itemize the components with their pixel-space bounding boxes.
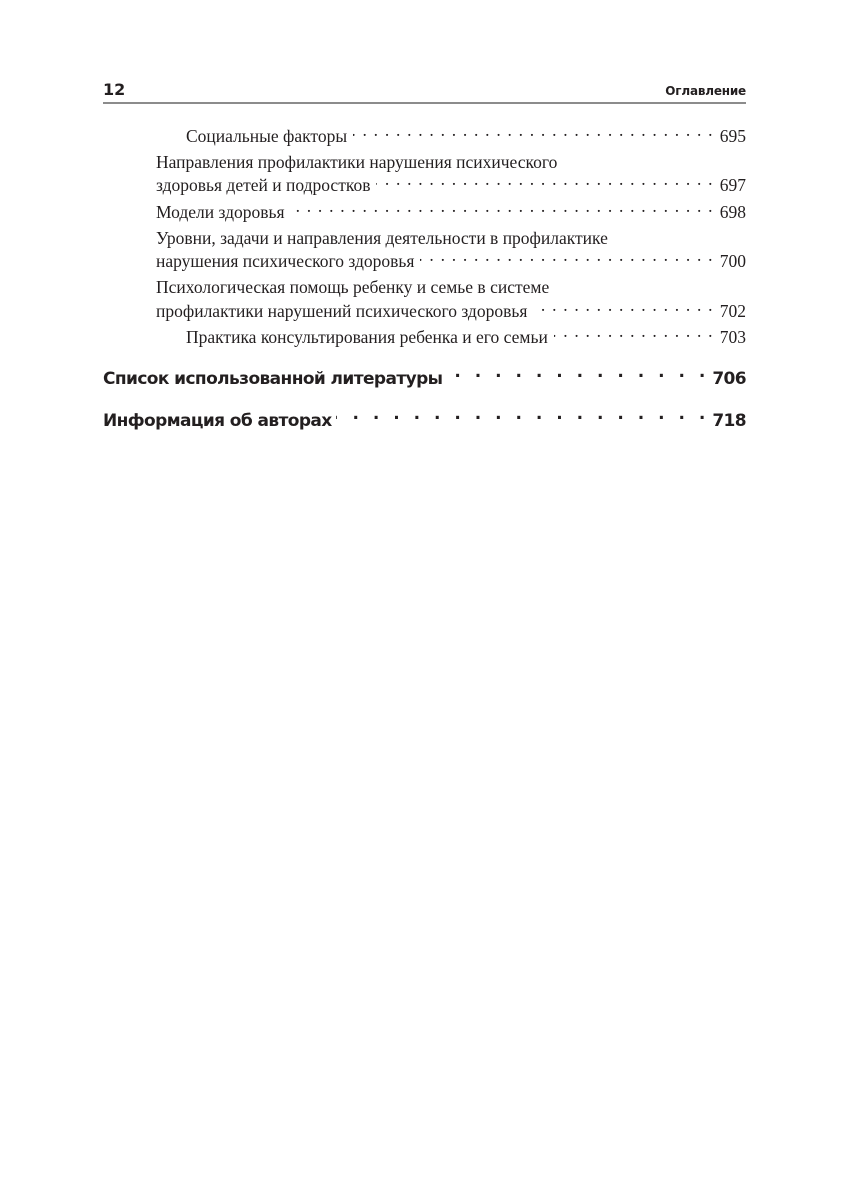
page-header: 12 Оглавление bbox=[103, 80, 746, 104]
dot-leader bbox=[336, 409, 710, 426]
toc-entry-title: Практика консультирования ребенка и его … bbox=[186, 326, 548, 349]
toc-chapter-entry[interactable]: Список использованной литературы 706 bbox=[103, 367, 746, 391]
toc-page-number: 698 bbox=[720, 201, 746, 224]
toc-entry[interactable]: Уровни, задачи и направления деятельност… bbox=[103, 227, 746, 274]
dot-leader bbox=[554, 326, 714, 344]
running-title: Оглавление bbox=[665, 83, 746, 99]
toc-entry-title: Социальные факторы bbox=[186, 125, 347, 148]
dot-leader bbox=[446, 367, 709, 384]
toc-entry[interactable]: Практика консультирования ребенка и его … bbox=[103, 326, 746, 350]
toc-page-number: 718 bbox=[712, 410, 746, 433]
toc-page-number: 702 bbox=[720, 300, 746, 323]
toc-chapter-entry[interactable]: Информация об авторах 718 bbox=[103, 409, 746, 433]
toc-entry-title: Уровни, задачи и направления деятельност… bbox=[156, 227, 608, 250]
toc-entry-title-continued: нарушения психического здоровья bbox=[156, 250, 414, 273]
toc-entry-title-continued: здоровья детей и подростков bbox=[156, 174, 370, 197]
toc-entry-title: Психологическая помощь ребенку и семье в… bbox=[156, 276, 549, 299]
toc-entry[interactable]: Психологическая помощь ребенку и семье в… bbox=[103, 276, 746, 323]
toc-page-number: 700 bbox=[720, 250, 746, 273]
toc-entry-title-continued: профилактики нарушений психического здор… bbox=[156, 300, 527, 323]
dot-leader bbox=[376, 174, 713, 192]
toc-page-number: 706 bbox=[712, 368, 746, 391]
page-number: 12 bbox=[103, 80, 125, 100]
toc-entry[interactable]: Социальные факторы 695 bbox=[103, 124, 746, 148]
dot-leader bbox=[533, 299, 713, 317]
toc-page-number: 697 bbox=[720, 174, 746, 197]
toc-entry-title: Направления профилактики нарушения психи… bbox=[156, 151, 557, 174]
toc-page-number: 695 bbox=[720, 125, 746, 148]
table-of-contents: Социальные факторы 695 Направления профи… bbox=[103, 124, 746, 450]
toc-entry-title: Информация об авторах bbox=[103, 410, 332, 433]
dot-leader bbox=[420, 250, 713, 268]
toc-page-number: 703 bbox=[720, 326, 746, 349]
dot-leader bbox=[353, 124, 714, 142]
toc-entry[interactable]: Модели здоровья 698 bbox=[103, 200, 746, 224]
toc-entry-title: Список использованной литературы bbox=[103, 368, 442, 391]
toc-entry[interactable]: Направления профилактики нарушения психи… bbox=[103, 151, 746, 198]
dot-leader bbox=[291, 200, 714, 218]
toc-entry-title: Модели здоровья bbox=[156, 201, 285, 224]
